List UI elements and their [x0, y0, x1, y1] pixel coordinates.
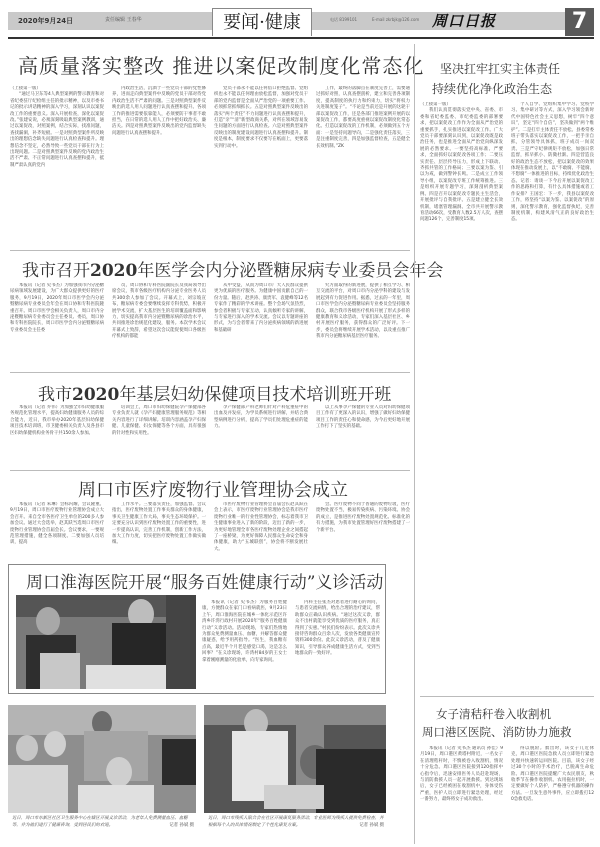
issue-date: 2020年9月24日	[18, 16, 73, 26]
article3-text: 员，周口协和专科医院副院长及我局领导出席会议，我市各级医疗机构内分泌专业医务人员…	[112, 283, 206, 341]
article7-text: 得以脱险。救出时，该女子几近休克，周口港区医院急救人员立即进行紧急处理并快速转运…	[511, 746, 594, 804]
article4-col-3: 孕产保健部产科老师们针对产科危重症中的出血及并发症，为学员系统进行讲解，并结合典…	[214, 405, 308, 465]
article7-headline-line1: 女子清秸秆卷入收割机	[436, 706, 551, 722]
article3-col-4: 究方面取得的新进展，提供了相互学习、相互交流的平台，对周口市内分泌学科的建设与发…	[316, 283, 410, 365]
article4-text: 以上从事孕产保健的专业人员对妇幼保健项目工作有了更深入的认识，增强了做好妇幼保健…	[316, 405, 410, 431]
article6-main-photo	[16, 595, 196, 689]
article2-headline-line2: 持续优化净化政治生态	[432, 80, 552, 97]
article4-text: 孕产保健部产科老师们针对产科危重症中的出血及并发症，为学员系统进行讲解，并结合典…	[214, 405, 308, 431]
editor-credit: 责任编辑 王春华	[105, 16, 142, 23]
article4-headline-pre: 我市	[38, 385, 72, 405]
article3-text: 本报讯（记者 史书杰）为加强我市内分泌糖尿病领域发展建设，为广大群众提供更好的医…	[10, 283, 104, 334]
masthead: 2020年9月24日 责任编辑 王春华 要闻·健康 电话 8199101 E-m…	[0, 0, 600, 42]
article5-col-4: 会。医疗废物不同于普通的废物垃圾，医疗废物处置不当，极易传染疾病、污染环境。协会…	[316, 502, 410, 560]
article2-text: 个人自学、党组织集中学习、党校学习、集中研讨等方式，深入学习领会新时代中国特色社…	[511, 102, 594, 224]
bottom-photo-2-caption: 近日，周口市残疾人联合会在社区开展康复服务活动，专业医师为残疾人提供免费检查，并…	[208, 816, 384, 829]
article1-text: 内政治生活，沉酒于一些党员干部的党性修养，进而走向典型案件中反映的党员干部对待党…	[112, 86, 206, 137]
article3-headline-year: 2020	[90, 261, 137, 281]
article1-text: 工作，最终的落脚点在制度完善上，需要通过抓好对照，认真查摆剖析，建立和完善各项制…	[316, 86, 410, 150]
article5-col-2: 工作水平。三要落实责任，加强监督。会议指出，医疗废物处置工作事关群众的身体健康，…	[112, 502, 206, 560]
article5-col-3: 市医疗废物行业管理协会首届会长赵其跃在会上表示，市医疗废物行业管理协会是我市医疗…	[214, 502, 308, 560]
contact-email: E-mail zkrbjk@126.com	[372, 17, 419, 22]
caption-text: 近日，周口市东新区社区卫生服务中心在辖区开展义诊活动，为老年人免费测量血压、血糖…	[12, 816, 188, 828]
contact-phone: 电话 8199101	[330, 17, 357, 23]
article4-headline: 我市2020年基层妇幼保健项目技术培训班开班	[38, 380, 391, 405]
divider	[10, 250, 410, 251]
caption-text: 近日，周口市残疾人联合会在社区开展康复服务活动，专业医师为残疾人提供免费检查，并…	[208, 816, 384, 828]
article7-col-1: 本报讯（记者 史书杰 通讯员 孙佳）9月19日，周口港区黄塔村附近，一名女子在清…	[420, 746, 503, 842]
article3-col-1: 本报讯（记者 史书杰）为加强我市内分泌糖尿病领域发展建设，为广大群众提供更好的医…	[10, 283, 104, 365]
bottom-photo-2	[204, 705, 386, 813]
article7-text: 本报讯（记者 史书杰 通讯员 孙佳）9月19日，周口港区黄塔村附近，一名女子在清…	[420, 746, 503, 804]
article5-text: 工作水平。三要落实责任，加强监督。会议指出，医疗废物处置工作事关群众的身体健康，…	[112, 502, 206, 547]
article3-headline: 我市召开2020年医学会内分泌暨糖尿病专业委员会年会	[22, 256, 443, 281]
divider	[10, 470, 410, 471]
article1-col-1: （上接第一版） “通过马卫东等4人典型案例的警示教育和对省纪委驻厅纪检组主任的批…	[10, 86, 104, 244]
article2-col-2: 个人自学、党组织集中学习、党校学习、集中研讨等方式，深入学习领会新时代中国特色社…	[511, 102, 594, 690]
article4-headline-year: 2020	[72, 385, 119, 405]
article5-text: 会。医疗废物不同于普通的废物垃圾，医疗废物处置不当，极易传染疾病、污染环境。协会…	[316, 502, 410, 534]
article1-col-4: 工作，最终的落脚点在制度完善上，需要通过抓好对照，认真查摆剖析，建立和完善各项制…	[316, 86, 410, 244]
article5-body: 本报讯（记者 朱琳）会标闪耀，会议隆重。9月19日，周口市医疗废物行业管理协会成…	[10, 502, 410, 560]
divider	[10, 372, 410, 373]
column-divider	[414, 44, 415, 844]
masthead-rule	[8, 37, 594, 39]
article5-text: 市医疗废物行业管理协会首届会长赵其跃在会上表示，市医疗废物行业管理协会是我市医疗…	[214, 502, 308, 553]
article1-text: 党员干部永不能以任何借口拒绝监督。党组织也永不能以任何理由放松监督，加强对党员干…	[214, 86, 308, 150]
article6-col-1: 本报讯（记者 史书杰）为服务百姓健康，方便群众在家门口看病就医，9月23日上午，…	[202, 600, 287, 690]
article3-text: 从中受益，从而为周口市广大人民群众提供更为优质的医疗服务。为健康中国贡献自己的一…	[214, 283, 308, 334]
newspaper-logo: 周口日报	[432, 10, 496, 31]
article4-col-4: 以上从事孕产保健的专业人员对妇幼保健项目工作有了更深入的认识，增强了做好妇幼保健…	[316, 405, 410, 465]
article1-headline: 高质量落实整改 推进以案促改制度化常态化	[18, 50, 424, 79]
photo-credit: 记者 孙斌 摄	[359, 823, 384, 830]
article4-col-2: 培训会上，周口市妇幼保健院孕产保健部各专业负责人就《孕产妇健康管理服务规范》等相…	[112, 405, 206, 465]
divider	[420, 696, 594, 697]
article1-col-2: 内政治生活，沉酒于一些党员干部的党性修养，进而走向典型案件中反映的党员干部对待党…	[112, 86, 206, 244]
article6-body: 本报讯（记者 史书杰）为服务百姓健康，方便群众在家门口看病就医，9月23日上午，…	[202, 600, 380, 690]
article7-headline-line2: 周口港区医院、消防协力施救	[422, 724, 572, 740]
article2-text: 我们认真贯彻落实党中央、省委、市委和省纪委监委、市纪委监委的部署要求，把以案促改…	[420, 108, 503, 223]
article2-body: （上接第一版） 我们认真贯彻落实党中央、省委、市委和省纪委监委、市纪委监委的部署…	[420, 102, 594, 690]
article2-col-1: （上接第一版） 我们认真贯彻落实党中央、省委、市委和省纪委监委、市纪委监委的部署…	[420, 102, 503, 690]
bottom-photo-1	[8, 705, 196, 813]
article2-headline-line1: 坚决扛牢扛实主体责任	[440, 60, 560, 77]
article3-headline-pre: 我市召开	[22, 261, 90, 281]
article3-headline-post: 年医学会内分泌暨糖尿病专业委员会年会	[137, 261, 443, 281]
article6-text: 内科主任张杰对患者进行耐心的询问，与患者交流病情，给出合理的治疗建议，帮助群众正…	[295, 600, 380, 658]
article5-col-1: 本报讯（记者 朱琳）会标闪耀，会议隆重。9月19日，周口市医疗废物行业管理协会成…	[10, 502, 104, 560]
article6-col-2: 内科主任张杰对患者进行耐心的询问，与患者交流病情，给出合理的治疗建议，帮助群众正…	[295, 600, 380, 690]
article3-col-3: 从中受益，从而为周口市广大人民群众提供更为优质的医疗服务。为健康中国贡献自己的一…	[214, 283, 308, 365]
photo-credit: 记者 孙斌 摄	[169, 823, 194, 830]
bottom-photo-1-caption: 近日，周口市东新区社区卫生服务中心在辖区开展义诊活动，为老年人免费测量血压、血糖…	[12, 816, 194, 829]
article1-col-3: 党员干部永不能以任何借口拒绝监督。党组织也永不能以任何理由放松监督，加强对党员干…	[214, 86, 308, 244]
article7-body: 本报讯（记者 史书杰 通讯员 孙佳）9月19日，周口港区黄塔村附近，一名女子在清…	[420, 746, 594, 842]
article6-headline: 周口淮海医院开展“服务百姓健康行动”义诊活动	[26, 568, 383, 593]
article3-body: 本报讯（记者 史书杰）为加强我市内分泌糖尿病领域发展建设，为广大群众提供更好的医…	[10, 283, 410, 365]
page-number: 7	[565, 8, 594, 36]
article1-body: （上接第一版） “通过马卫东等4人典型案例的警示教育和对省纪委驻厅纪检组主任的批…	[10, 86, 410, 244]
article7-col-2: 得以脱险。救出时，该女子几近休克，周口港区医院急救人员立即进行紧急处理并快速转运…	[511, 746, 594, 842]
section-title: 要闻·健康	[212, 8, 312, 36]
article4-text: 培训会上，周口市妇幼保健院孕产保健部各专业负责人就《孕产妇健康管理服务规范》等相…	[112, 405, 206, 437]
article3-text: 究方面取得的新进展，提供了相互学习、相互交流的平台，对周口市内分泌学科的建设与发…	[316, 283, 410, 341]
article1-text: “通过马卫东等4人典型案例的警示教育和对省纪委驻厅纪检组主任的批示精神，以及市委…	[10, 92, 104, 169]
article5-text: 本报讯（记者 朱琳）会标闪耀，会议隆重。9月19日，周口市医疗废物行业管理协会成…	[10, 502, 104, 547]
article4-col-1: 本报讯（记者 乔伟）为加强全市妇幼健康服务规范化管理水平，提高妇幼健康服务人员的…	[10, 405, 104, 465]
article6-text: 本报讯（记者 史书杰）为服务百姓健康，方便群众在家门口看病就医，9月23日上午，…	[202, 600, 287, 664]
article4-body: 本报讯（记者 乔伟）为加强全市妇幼健康服务规范化管理水平，提高妇幼健康服务人员的…	[10, 405, 410, 465]
article4-text: 本报讯（记者 乔伟）为加强全市妇幼健康服务规范化管理水平，提高妇幼健康服务人员的…	[10, 405, 104, 437]
article3-col-2: 员，周口协和专科医院副院长及我局领导出席会议，我市各级医疗机构内分泌专业医务人员…	[112, 283, 206, 365]
article5-headline: 周口市医疗废物行业管理协会成立	[78, 476, 348, 502]
article4-headline-post: 年基层妇幼保健项目技术培训班开班	[119, 385, 391, 405]
